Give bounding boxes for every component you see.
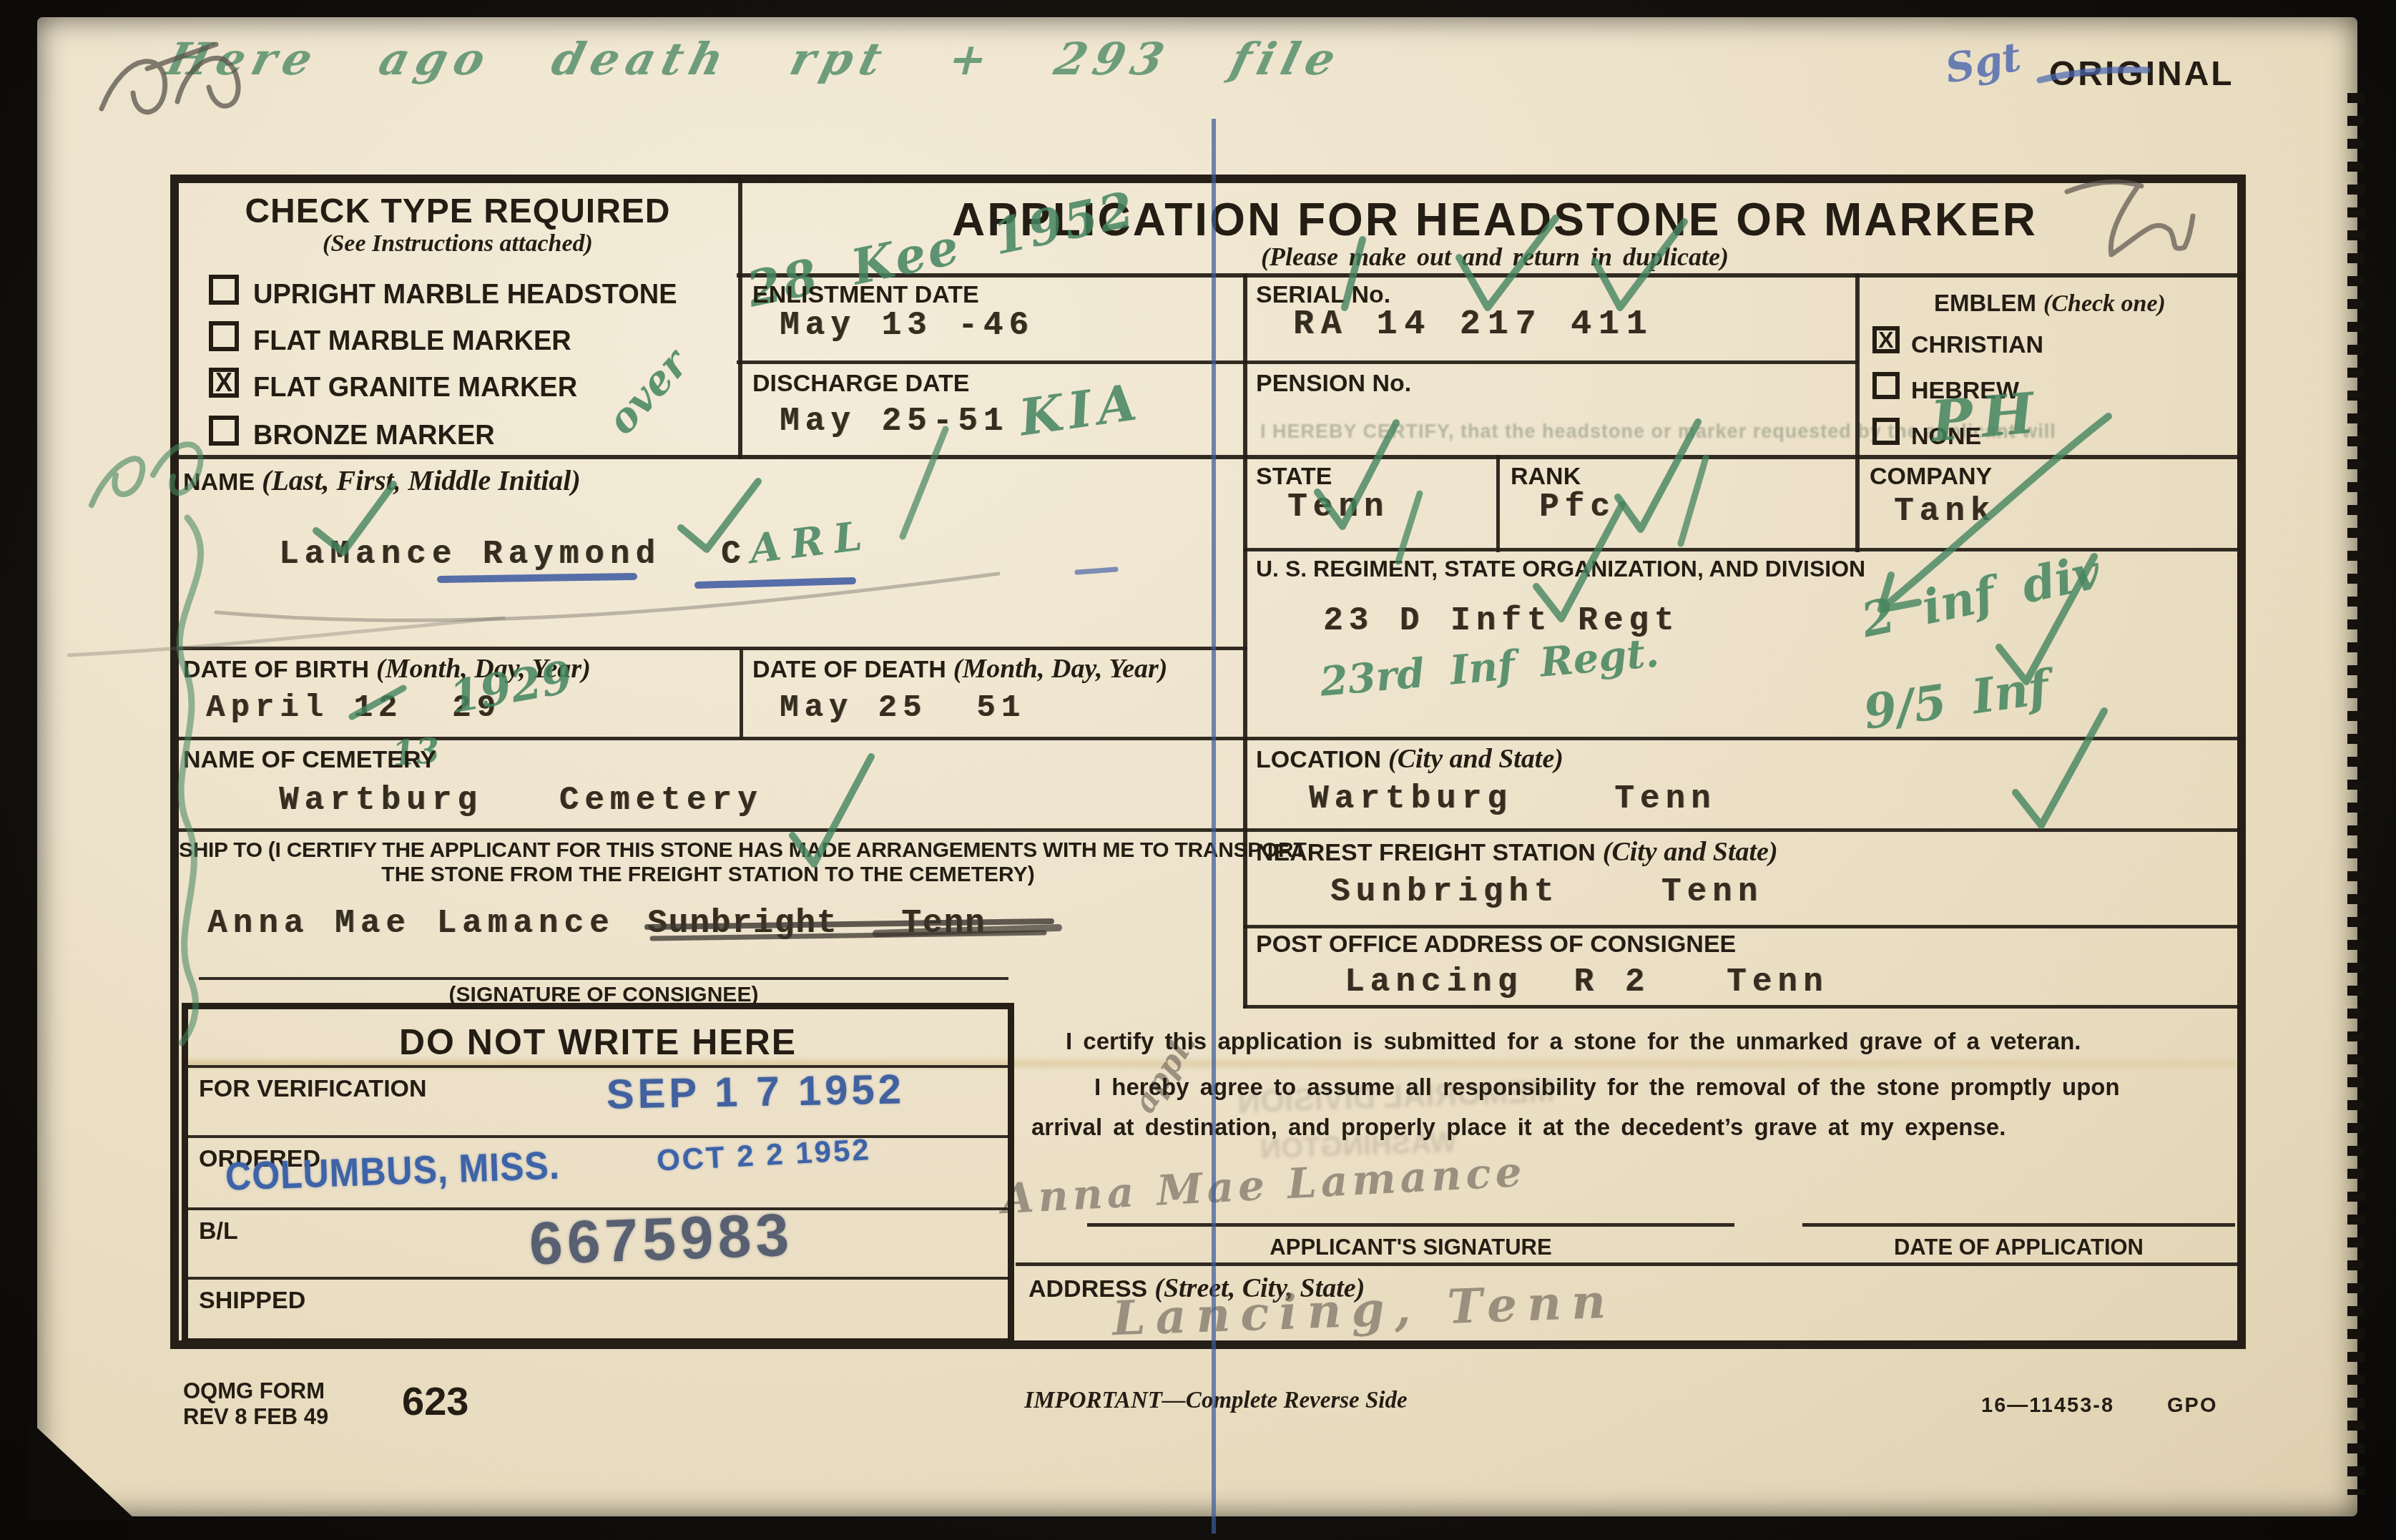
- handwriting-strokes-overlay: [0, 0, 2396, 1540]
- pencil-arc: [216, 574, 998, 620]
- scanned-document: I HEREBY CERTIFY, that the headstone or …: [0, 0, 2396, 1540]
- green-check: [1459, 218, 1556, 308]
- blue-underline: [441, 577, 634, 579]
- blue-underline: [698, 581, 853, 585]
- green-check: [1536, 504, 1622, 619]
- green-check: [681, 481, 758, 549]
- pencil-scrawl-top-right: [2067, 182, 2193, 255]
- green-check: [316, 484, 393, 552]
- green-margin-scrawl: [180, 518, 200, 1043]
- green-check: [1317, 423, 1396, 526]
- green-tick: [903, 429, 946, 536]
- perforated-edge: [2347, 93, 2365, 1495]
- green-check: [2016, 711, 2104, 825]
- blue-dash-stroke: [2040, 70, 2147, 80]
- green-check: [1618, 422, 1698, 529]
- blue-fold-line: [1212, 119, 1216, 1534]
- green-tick: [1681, 458, 1706, 544]
- green-check: [1595, 222, 1684, 308]
- pencil-scrawl-top-left: [102, 44, 238, 112]
- green-strike-dob: [352, 688, 403, 717]
- pencil-strikethrough: [647, 921, 1051, 927]
- green-tick: [1398, 494, 1420, 561]
- blue-underline: [1077, 569, 1116, 572]
- green-tick: [1345, 240, 1363, 308]
- green-margin-loops: [92, 444, 201, 505]
- green-check: [792, 757, 871, 864]
- pencil-arc: [69, 618, 504, 655]
- green-arrow-company: [1881, 416, 2108, 609]
- green-check: [1999, 556, 2094, 682]
